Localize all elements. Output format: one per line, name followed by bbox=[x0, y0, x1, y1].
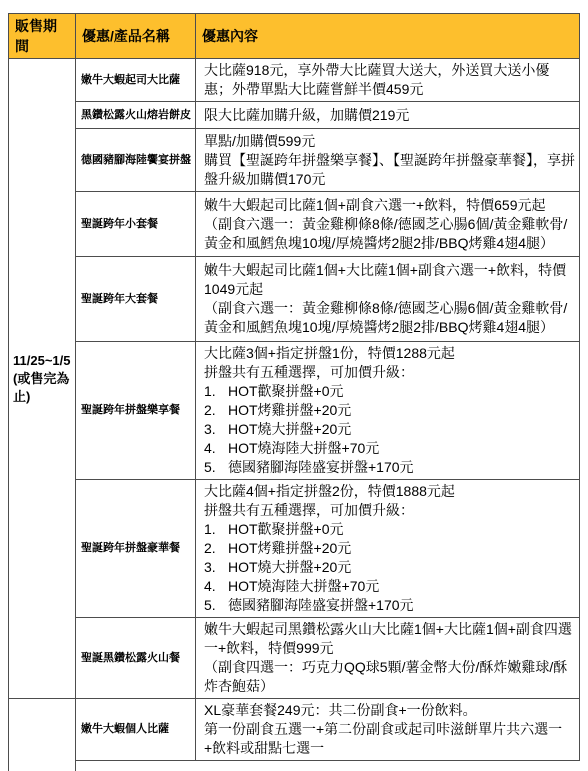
table-row: 聖誕黑鑽松露火山餐嫩牛大蝦起司黑鑽松露火山大比薩1個+大比薩1個+副食四選一+飲… bbox=[9, 618, 580, 699]
sale-period-line: 11/25~1/5 bbox=[13, 352, 73, 370]
promo-paragraph: （副食六選一：黃金雞柳條8條/德國芝心腸6個/黃金雞軟骨/黃金和風鱈魚塊10塊/… bbox=[204, 215, 575, 253]
promo-paragraph: 大比薩4個+指定拼盤2份，特價1888元起 bbox=[204, 482, 575, 501]
list-item-text: HOT燒大拼盤+20元 bbox=[228, 558, 351, 577]
promo-table: 販售期間 優惠/產品名稱 優惠內容 11/25~1/5(或售完為止)嫩牛大蝦起司… bbox=[8, 13, 580, 738]
promo-paragraph: 大比薩3個+指定拼盤1份，特價1288元起 bbox=[204, 344, 575, 363]
list-item-text: HOT歡聚拼盤+0元 bbox=[228, 520, 344, 539]
list-item-number: 4. bbox=[204, 439, 228, 458]
table-row: 黑鑽松露火山熔岩餅皮限大比薩加購升級，加購價219元 bbox=[9, 102, 580, 129]
list-item-number: 1. bbox=[204, 520, 228, 539]
header-cell-period: 販售期間 bbox=[9, 14, 76, 59]
promo-content-cell: 限大比薩加購升級，加購價219元 bbox=[196, 102, 580, 129]
list-item-text: HOT歡聚拼盤+0元 bbox=[228, 382, 344, 401]
product-name-cell: 嫩牛大蝦起司大比薩 bbox=[76, 59, 196, 102]
list-item-text: 德國豬腳海陸盛宴拼盤+170元 bbox=[228, 596, 414, 615]
product-name-cell: 黑鑽松露火山熔岩餅皮 bbox=[76, 102, 196, 129]
table-row: 聖誕跨年拼盤樂享餐大比薩3個+指定拼盤1份，特價1288元起拼盤共有五種選擇，可… bbox=[9, 342, 580, 480]
list-item-text: 德國豬腳海陸盛宴拼盤+170元 bbox=[228, 458, 414, 477]
table-row: 聖誕跨年小套餐嫩牛大蝦起司比薩1個+副食六選一+飲料，特價659元起（副食六選一… bbox=[9, 192, 580, 257]
promo-paragraph: 嫩牛大蝦起司黑鑽松露火山大比薩1個+大比薩1個+副食四選一+飲料，特價999元 bbox=[204, 620, 575, 658]
promo-paragraph: 大比薩918元，享外帶大比薩買大送大，外送買大送小優惠；外帶單點大比薩嘗鮮半價4… bbox=[204, 61, 575, 99]
list-item-number: 3. bbox=[204, 558, 228, 577]
product-name-cell: 聖誕跨年大套餐 bbox=[76, 257, 196, 342]
promo-list-item: 2.HOT烤雞拼盤+20元 bbox=[204, 401, 575, 420]
table-row: 11/25~1/5(或售完為止)嫩牛大蝦起司大比薩大比薩918元，享外帶大比薩買… bbox=[9, 59, 580, 102]
promo-paragraph: 拼盤共有五種選擇，可加價升級： bbox=[204, 501, 575, 520]
list-item-text: HOT烤雞拼盤+20元 bbox=[228, 401, 351, 420]
promo-content-cell: XL豪華套餐249元：共二份副食+一份飲料。第一份副食五選一+第二份副食或起司咔… bbox=[196, 699, 580, 739]
product-name-cell: 聖誕跨年拼盤豪華餐 bbox=[76, 480, 196, 618]
header-cell-product-name: 優惠/產品名稱 bbox=[76, 14, 196, 59]
table-row: 聖誕跨年大套餐嫩牛大蝦起司比薩1個+大比薩1個+副食六選一+飲料，特價1049元… bbox=[9, 257, 580, 342]
table-row: 德國豬腳海陸饗宴拼盤單點/加購價599元購買【聖誕跨年拼盤樂享餐】、【聖誕跨年拼… bbox=[9, 129, 580, 192]
promo-list-item: 1.HOT歡聚拼盤+0元 bbox=[204, 382, 575, 401]
list-item-text: HOT燒海陸大拼盤+70元 bbox=[228, 577, 379, 596]
table-row: 聖誕跨年拼盤豪華餐大比薩4個+指定拼盤2份，特價1888元起拼盤共有五種選擇，可… bbox=[9, 480, 580, 618]
list-item-text: HOT燒海陸大拼盤+70元 bbox=[228, 439, 379, 458]
list-item-number: 4. bbox=[204, 577, 228, 596]
list-item-number: 2. bbox=[204, 539, 228, 558]
promo-list-item: 5.德國豬腳海陸盛宴拼盤+170元 bbox=[204, 458, 575, 477]
sale-period-cell: 11/25~1/5(或售完為止) bbox=[9, 59, 76, 699]
promo-paragraph: 限大比薩加購升級，加購價219元 bbox=[204, 106, 575, 125]
promo-paragraph: 嫩牛大蝦起司比薩1個+大比薩1個+副食六選一+飲料，特價1049元起 bbox=[204, 261, 575, 299]
list-item-text: HOT烤雞拼盤+20元 bbox=[228, 539, 351, 558]
promo-list-item: 5.德國豬腳海陸盛宴拼盤+170元 bbox=[204, 596, 575, 615]
sale-period-line: (或售完為止) bbox=[13, 370, 73, 406]
sale-period-cell bbox=[9, 699, 76, 739]
promo-content-cell: 大比薩4個+指定拼盤2份，特價1888元起拼盤共有五種選擇，可加價升級：1.HO… bbox=[196, 480, 580, 618]
product-name-cell: 聖誕跨年小套餐 bbox=[76, 192, 196, 257]
promo-paragraph: 拼盤共有五種選擇，可加價升級： bbox=[204, 363, 575, 382]
promo-content-cell: 嫩牛大蝦起司比薩1個+大比薩1個+副食六選一+飲料，特價1049元起（副食六選一… bbox=[196, 257, 580, 342]
list-item-number: 1. bbox=[204, 382, 228, 401]
promo-paragraph: （副食六選一：黃金雞柳條8條/德國芝心腸6個/黃金雞軟骨/黃金和風鱈魚塊10塊/… bbox=[204, 299, 575, 337]
promo-content-cell: 嫩牛大蝦起司黑鑽松露火山大比薩1個+大比薩1個+副食四選一+飲料，特價999元（… bbox=[196, 618, 580, 699]
promo-paragraph: 購買【聖誕跨年拼盤樂享餐】、【聖誕跨年拼盤豪華餐】，享拼盤升級加購價170元 bbox=[204, 151, 575, 189]
promo-list-item: 3.HOT燒大拼盤+20元 bbox=[204, 558, 575, 577]
table-row: 嫩牛大蝦個人比薩XL豪華套餐249元：共二份副食+一份飲料。第一份副食五選一+第… bbox=[9, 699, 580, 739]
promo-list-item: 4.HOT燒海陸大拼盤+70元 bbox=[204, 439, 575, 458]
promo-paragraph: （副食四選一：巧克力QQ球5顆/薯金幣大份/酥炸嫩雞球/酥炸杏鮑菇） bbox=[204, 658, 575, 696]
header-row: 販售期間 優惠/產品名稱 優惠內容 bbox=[9, 14, 580, 59]
promo-list-item: 4.HOT燒海陸大拼盤+70元 bbox=[204, 577, 575, 596]
list-item-number: 5. bbox=[204, 596, 228, 615]
list-item-number: 3. bbox=[204, 420, 228, 439]
promo-table-wrap: 販售期間 優惠/產品名稱 優惠內容 11/25~1/5(或售完為止)嫩牛大蝦起司… bbox=[8, 13, 580, 738]
promo-content-cell: 嫩牛大蝦起司比薩1個+副食六選一+飲料，特價659元起（副食六選一：黃金雞柳條8… bbox=[196, 192, 580, 257]
promo-paragraph: 嫩牛大蝦起司比薩1個+副食六選一+飲料，特價659元起 bbox=[204, 196, 575, 215]
promo-paragraph: 第一份副食五選一+第二份副食或起司咔滋餅單片共六選一+飲料或甜點七選一 bbox=[204, 720, 575, 738]
promo-content-cell: 大比薩3個+指定拼盤1份，特價1288元起拼盤共有五種選擇，可加價升級：1.HO… bbox=[196, 342, 580, 480]
promo-list-item: 1.HOT歡聚拼盤+0元 bbox=[204, 520, 575, 539]
list-item-number: 5. bbox=[204, 458, 228, 477]
product-name-cell: 德國豬腳海陸饗宴拼盤 bbox=[76, 129, 196, 192]
header-cell-promo-content: 優惠內容 bbox=[196, 14, 580, 59]
list-item-number: 2. bbox=[204, 401, 228, 420]
promo-paragraph: 單點/加購價599元 bbox=[204, 132, 575, 151]
promo-table-body: 11/25~1/5(或售完為止)嫩牛大蝦起司大比薩大比薩918元，享外帶大比薩買… bbox=[9, 59, 580, 739]
list-item-text: HOT燒大拼盤+20元 bbox=[228, 420, 351, 439]
promo-content-cell: 大比薩918元，享外帶大比薩買大送大，外送買大送小優惠；外帶單點大比薩嘗鮮半價4… bbox=[196, 59, 580, 102]
product-name-cell: 聖誕黑鑽松露火山餐 bbox=[76, 618, 196, 699]
promo-paragraph: XL豪華套餐249元：共二份副食+一份飲料。 bbox=[204, 701, 575, 720]
product-name-cell: 嫩牛大蝦個人比薩 bbox=[76, 699, 196, 739]
promo-content-cell: 單點/加購價599元購買【聖誕跨年拼盤樂享餐】、【聖誕跨年拼盤豪華餐】，享拼盤升… bbox=[196, 129, 580, 192]
product-name-cell: 聖誕跨年拼盤樂享餐 bbox=[76, 342, 196, 480]
promo-list-item: 3.HOT燒大拼盤+20元 bbox=[204, 420, 575, 439]
promo-list-item: 2.HOT烤雞拼盤+20元 bbox=[204, 539, 575, 558]
